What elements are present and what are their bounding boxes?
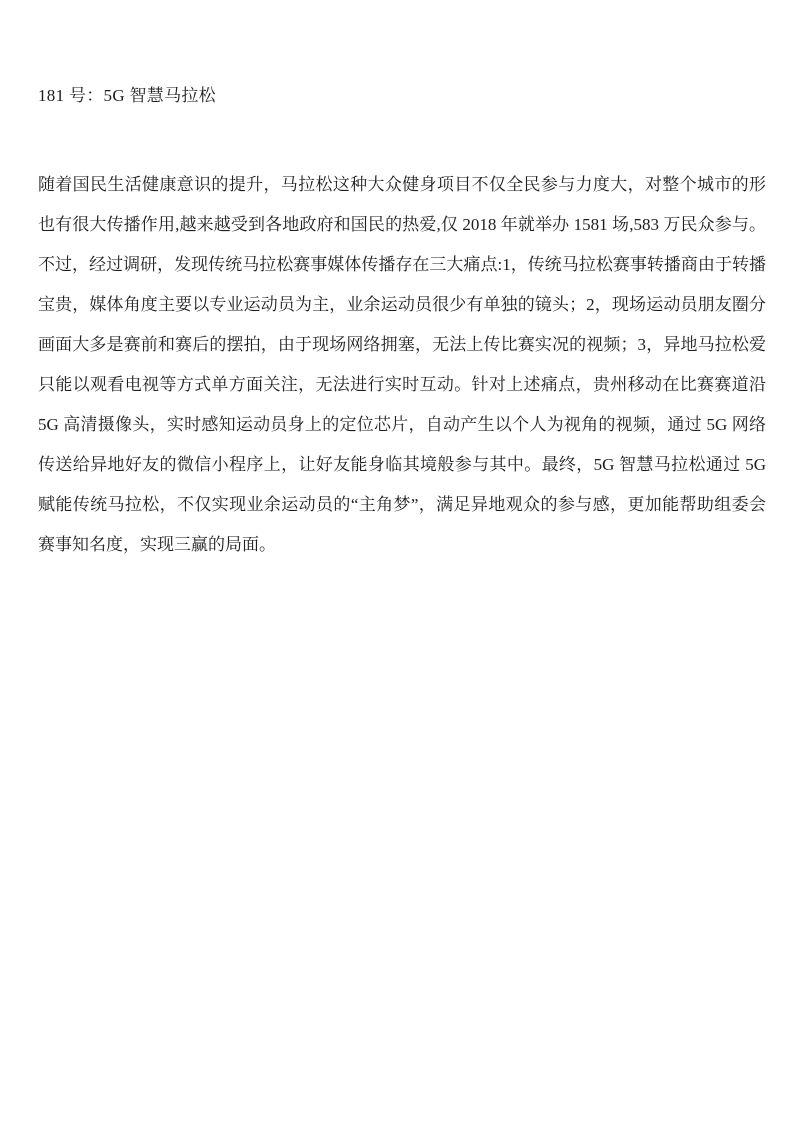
paragraph-line: 5G 高清摄像头，实时感知运动员身上的定位芯片，自动产生以个人为视角的视频，通过… — [38, 405, 766, 445]
paragraph-line: 不过，经过调研，发现传统马拉松赛事媒体传播存在三大痛点:1，传统马拉松赛事转播商… — [38, 245, 766, 285]
paragraph-line: 赋能传统马拉松，不仅实现业余运动员的“主角梦”，满足异地观众的参与感，更加能帮助… — [38, 485, 766, 525]
paragraph-line: 随着国民生活健康意识的提升，马拉松这种大众健身项目不仅全民参与力度大，对整个城市… — [38, 165, 766, 205]
paragraph-line: 传送给异地好友的微信小程序上，让好友能身临其境般参与其中。最终，5G 智慧马拉松… — [38, 445, 766, 485]
document-title: 181 号：5G 智慧马拉松 — [38, 85, 216, 107]
paragraph-line: 也有很大传播作用,越来越受到各地政府和国民的热爱,仅 2018 年就举办 158… — [38, 205, 766, 245]
paragraph-line: 只能以观看电视等方式单方面关注，无法进行实时互动。针对上述痛点，贵州移动在比赛赛… — [38, 365, 766, 405]
document-page: 181 号：5G 智慧马拉松 随着国民生活健康意识的提升，马拉松这种大众健身项目… — [0, 0, 800, 1131]
paragraph-line: 宝贵，媒体角度主要以专业运动员为主，业余运动员很少有单独的镜头；2，现场运动员朋… — [38, 285, 766, 325]
body-paragraph: 随着国民生活健康意识的提升，马拉松这种大众健身项目不仅全民参与力度大，对整个城市… — [38, 165, 766, 565]
paragraph-line: 赛事知名度，实现三赢的局面。 — [38, 525, 766, 565]
paragraph-line: 画面大多是赛前和赛后的摆拍，由于现场网络拥塞，无法上传比赛实况的视频；3，异地马… — [38, 325, 766, 365]
